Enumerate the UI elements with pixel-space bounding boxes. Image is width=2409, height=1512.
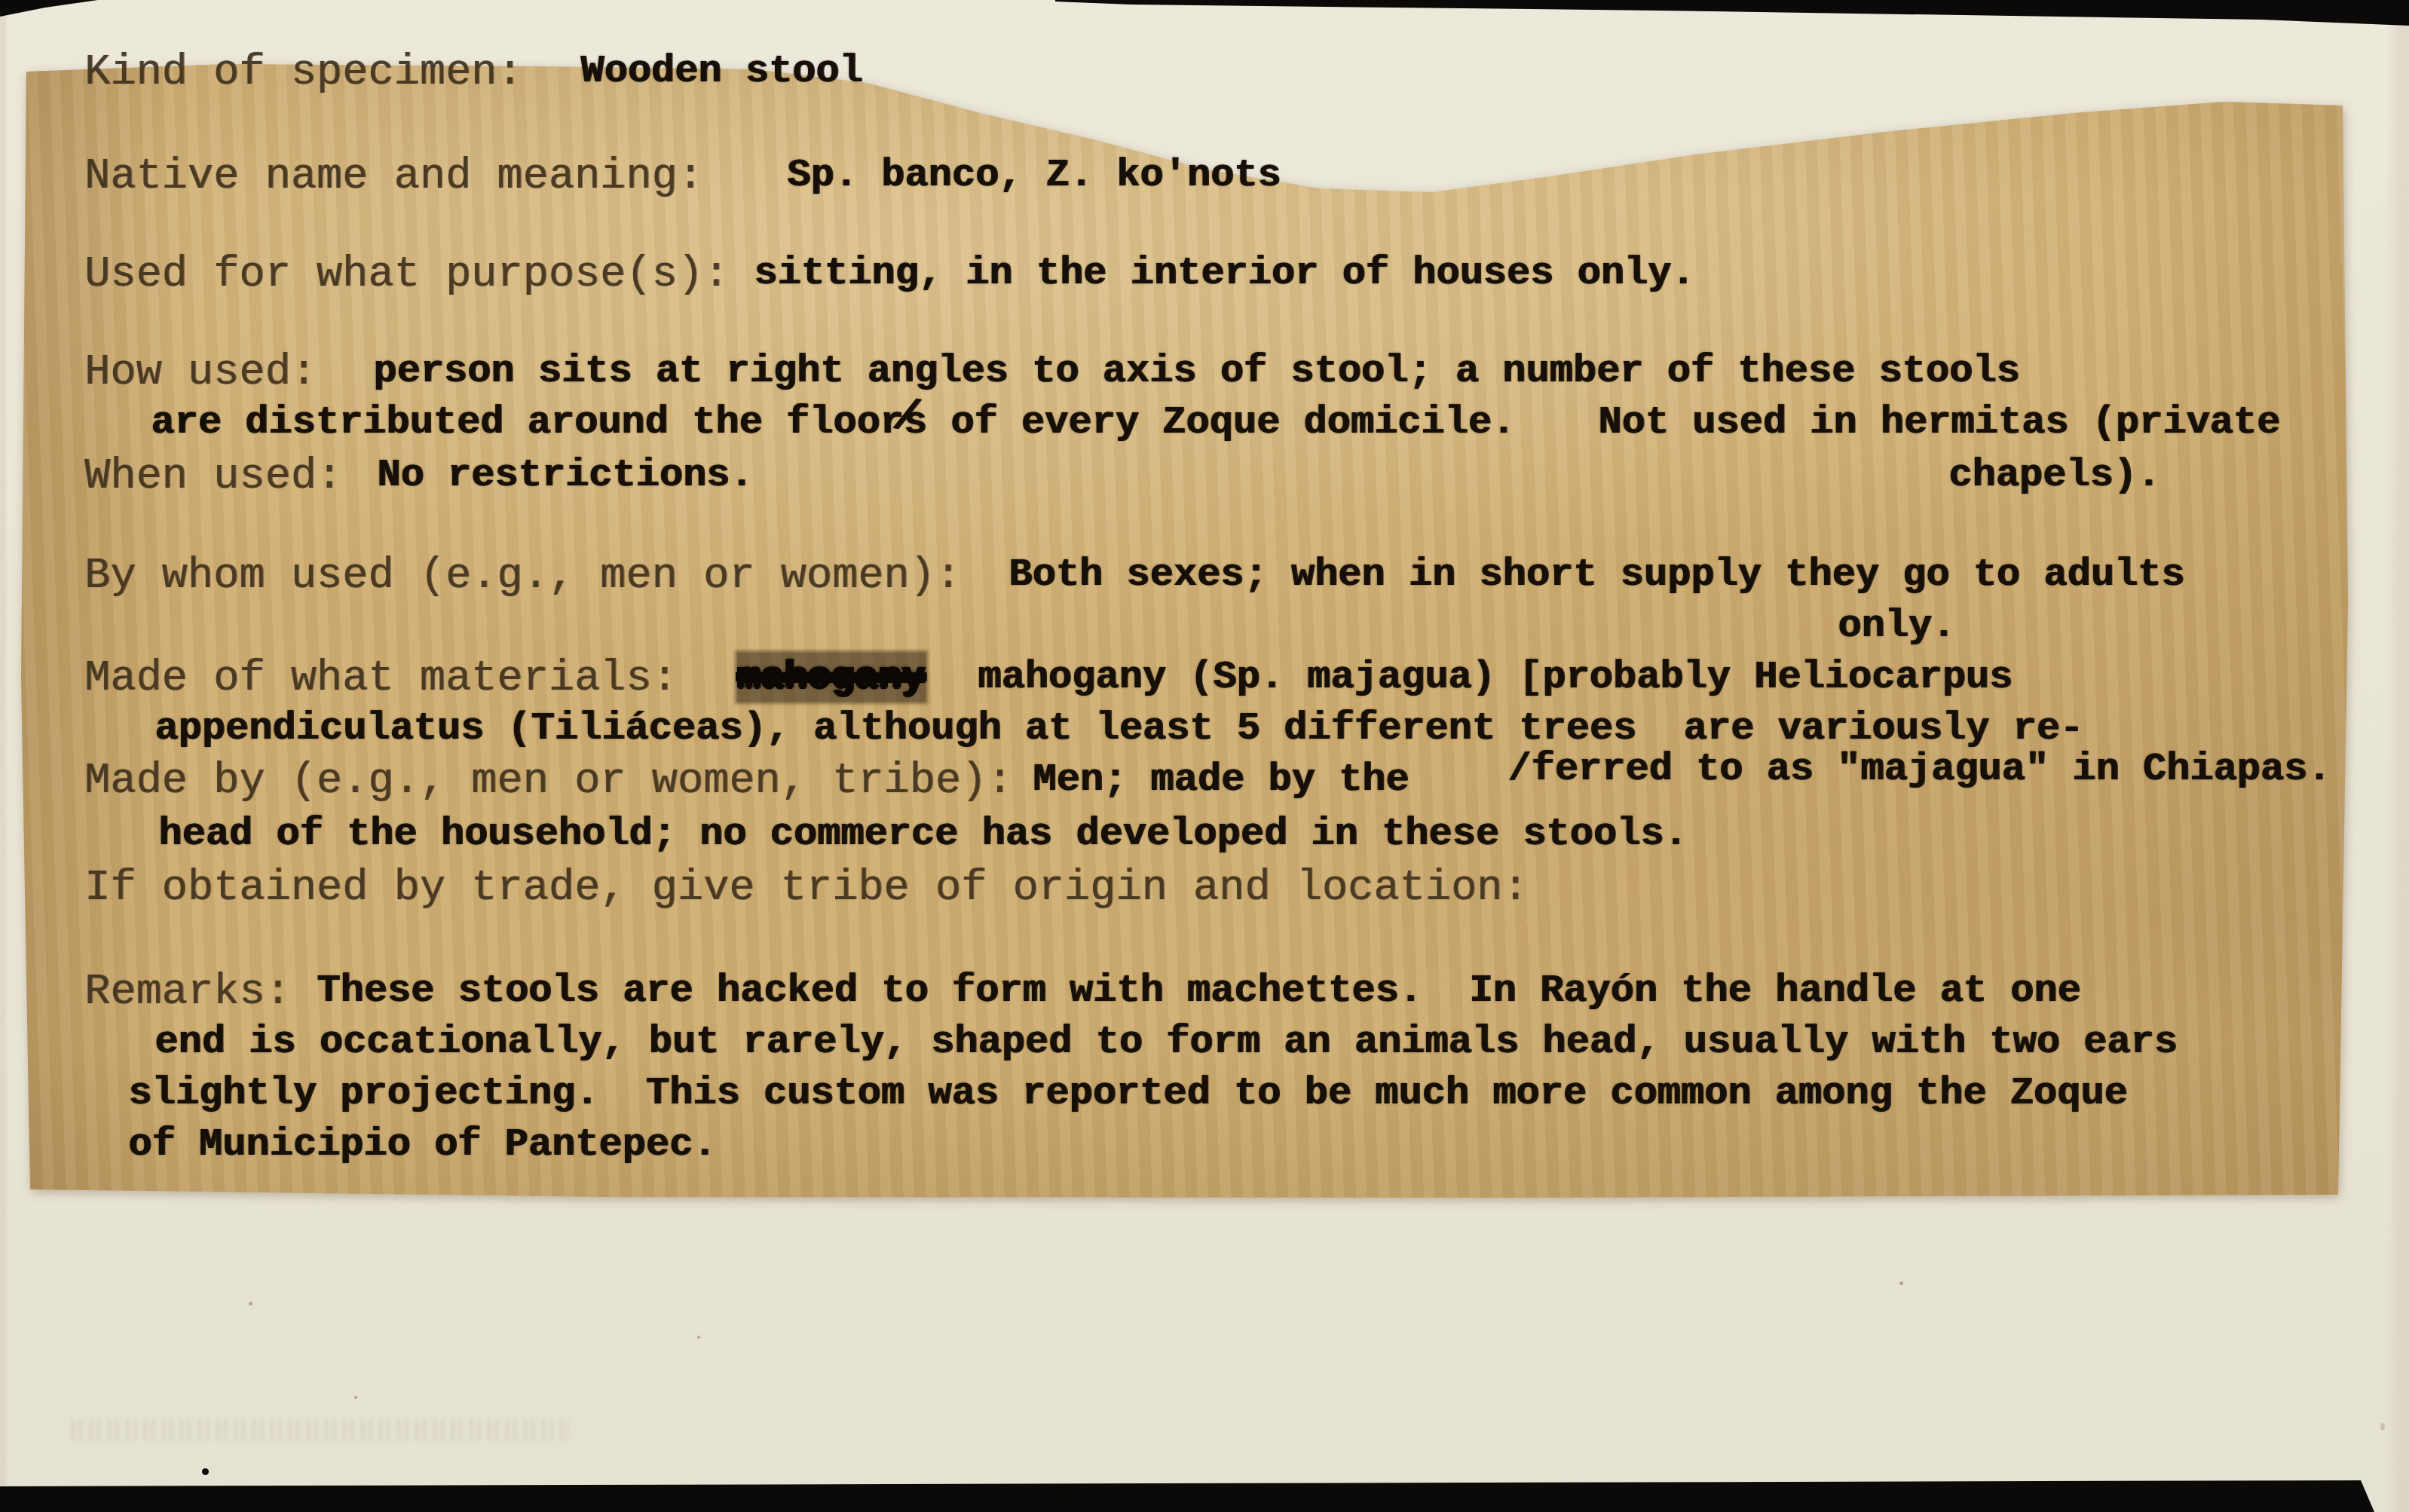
- field-label: Made of what materials:: [84, 653, 678, 706]
- paper-speck: [354, 1396, 357, 1399]
- typewritten-text-layer: Kind of specimen:Wooden stoolNative name…: [0, 0, 2409, 1512]
- field-label: Kind of specimen:: [84, 47, 523, 100]
- typed-response: sitting, in the interior of houses only.: [754, 249, 1694, 298]
- scanned-specimen-card-page: { "page": { "background_color": "#eae6d7…: [0, 0, 2409, 1512]
- field-label: When used:: [84, 451, 342, 504]
- field-label: Native name and meaning:: [84, 151, 703, 204]
- field-label: If obtained by trade, give tribe of orig…: [84, 862, 1529, 916]
- paper-speck: [249, 1302, 253, 1305]
- typed-response: Both sexes; when in short supply they go…: [1009, 550, 2184, 599]
- paper-speck: [1899, 1281, 1903, 1285]
- typed-response: slightly projecting. This custom was rep…: [128, 1069, 2127, 1118]
- typed-response: /ferred to as "majagua" in Chiapas.: [1508, 745, 2331, 794]
- paper-speck: [2380, 1423, 2385, 1431]
- typed-response: Sp. banco, Z. ko'nots: [787, 151, 1281, 200]
- field-label: By whom used (e.g., men or women):: [84, 550, 961, 604]
- typed-response: These stools are hacked to form with mac…: [317, 966, 2080, 1015]
- scan-speck-dot: [202, 1468, 209, 1475]
- typed-response: No restrictions.: [377, 451, 753, 500]
- field-label: Made by (e.g., men or women, tribe):: [84, 755, 1012, 809]
- typed-response: mahogany (Sp. majagua) [probably Helioca…: [978, 653, 2013, 702]
- typed-response: are distributed around the floors of eve…: [151, 398, 1515, 447]
- typed-response: head of the household; no commerce has d…: [158, 810, 1687, 859]
- struck-out-word: mahogany: [737, 653, 926, 702]
- scan-speck-dot: [1061, 1496, 1067, 1501]
- typed-response: Not used in hermitas (private: [1598, 398, 2280, 447]
- bleed-through-smudge: [72, 1419, 569, 1441]
- typed-response: person sits at right angles to axis of s…: [373, 347, 2019, 396]
- typed-response: of Municipio of Pantepec.: [128, 1120, 716, 1169]
- typed-response: Wooden stool: [580, 47, 862, 96]
- typed-response: end is occationally, but rarely, shaped …: [155, 1018, 2178, 1067]
- typed-response: only.: [1838, 601, 1955, 650]
- field-label: How used:: [84, 347, 317, 400]
- field-label: Remarks:: [84, 966, 291, 1020]
- typed-response: Men; made by the: [1033, 755, 1409, 804]
- typed-response: chapels).: [1948, 451, 2160, 500]
- paper-speck: [697, 1336, 700, 1339]
- field-label: Used for what purpose(s):: [84, 249, 729, 302]
